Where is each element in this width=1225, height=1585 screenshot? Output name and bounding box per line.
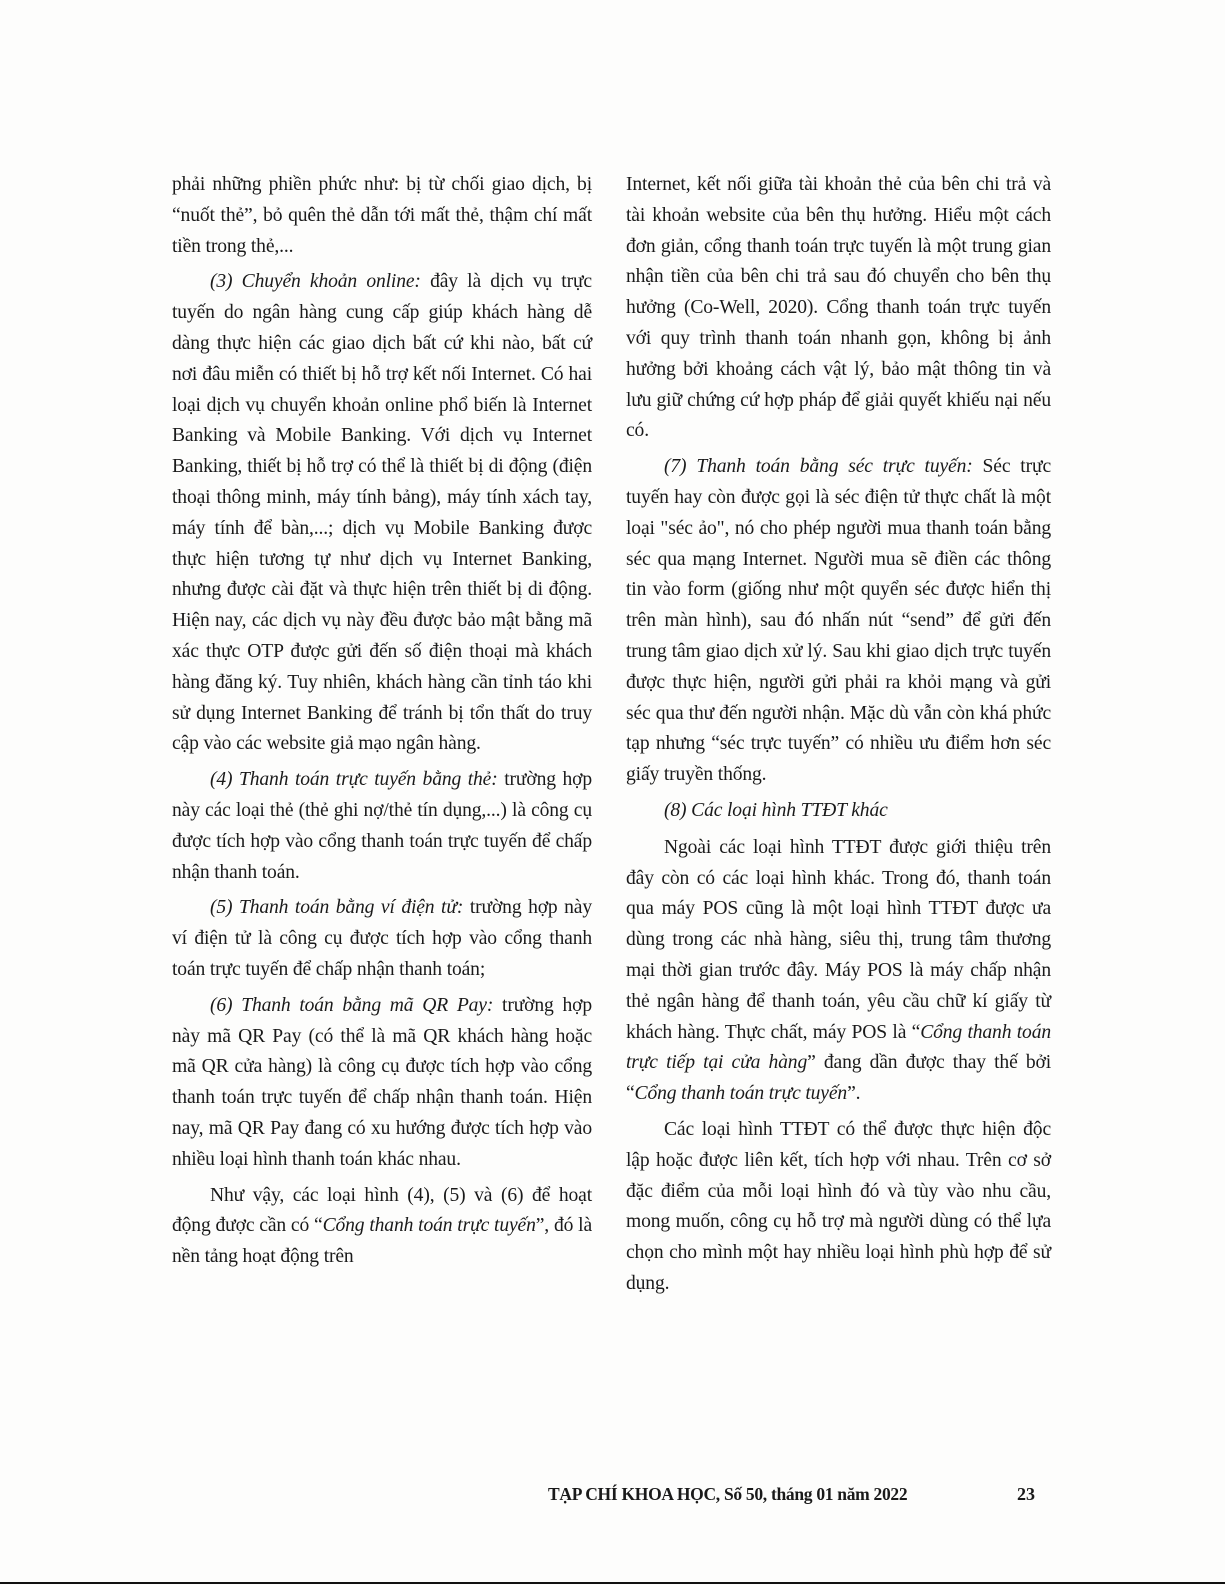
- paragraph-text: đây là dịch vụ trực tuyến do ngân hàng c…: [172, 271, 592, 754]
- journal-title: TẠP CHÍ KHOA HỌC, Số 50, tháng 01 năm 20…: [548, 1484, 907, 1505]
- subheading-text: (8) Các loại hình TTĐT khác: [664, 800, 888, 821]
- paragraph-text: Các loại hình TTĐT có thể được thực hiện…: [626, 1119, 1051, 1294]
- paragraph-conclusion: Các loại hình TTĐT có thể được thực hiện…: [626, 1115, 1051, 1300]
- paragraph-lead: (3) Chuyển khoản online:: [210, 271, 421, 292]
- paragraph-text: Internet, kết nối giữa tài khoản thẻ của…: [626, 174, 1051, 441]
- paragraph-pos: Ngoài các loại hình TTĐT được giới thiệu…: [626, 833, 1051, 1110]
- paragraph-emphasis: Cổng thanh toán trực tuyến: [635, 1083, 848, 1104]
- paragraph-online-cheque: (7) Thanh toán bằng séc trực tuyến: Séc …: [626, 452, 1051, 791]
- paragraph-text: Séc trực tuyến hay còn được gọi là séc đ…: [626, 456, 1051, 785]
- paragraph-text: Ngoài các loại hình TTĐT được giới thiệu…: [626, 837, 1051, 1043]
- paragraph-continuation: Internet, kết nối giữa tài khoản thẻ của…: [626, 170, 1051, 447]
- paragraph-qr-payment: (6) Thanh toán bằng mã QR Pay: trường hợ…: [172, 991, 592, 1176]
- paragraph-ewallet-payment: (5) Thanh toán bằng ví điện tử: trường h…: [172, 893, 592, 985]
- paragraph-summary: Như vậy, các loại hình (4), (5) và (6) đ…: [172, 1181, 592, 1273]
- page-number: 23: [1017, 1484, 1035, 1505]
- paragraph-emphasis: Cổng thanh toán trực tuyến: [323, 1215, 536, 1236]
- paragraph-text: phải những phiền phức như: bị từ chối gi…: [172, 174, 592, 257]
- paragraph-card-payment: (4) Thanh toán trực tuyến bằng thẻ: trườ…: [172, 765, 592, 888]
- paragraph-online-transfer: (3) Chuyển khoản online: đây là dịch vụ …: [172, 267, 592, 760]
- paragraph-continuation: phải những phiền phức như: bị từ chối gi…: [172, 170, 592, 262]
- paragraph-lead: (6) Thanh toán bằng mã QR Pay:: [210, 995, 493, 1016]
- subheading-other-types: (8) Các loại hình TTĐT khác: [626, 796, 1051, 827]
- paragraph-text: trường hợp này mã QR Pay (có thể là mã Q…: [172, 995, 592, 1170]
- bottom-border-line: [0, 1582, 1225, 1584]
- paragraph-text: ”.: [847, 1083, 860, 1104]
- paragraph-lead: (5) Thanh toán bằng ví điện tử:: [210, 897, 463, 918]
- journal-page: phải những phiền phức như: bị từ chối gi…: [0, 0, 1225, 1585]
- left-column: phải những phiền phức như: bị từ chối gi…: [172, 170, 592, 1278]
- paragraph-lead: (4) Thanh toán trực tuyến bằng thẻ:: [210, 769, 498, 790]
- paragraph-lead: (7) Thanh toán bằng séc trực tuyến:: [664, 456, 973, 477]
- right-column: Internet, kết nối giữa tài khoản thẻ của…: [626, 170, 1051, 1305]
